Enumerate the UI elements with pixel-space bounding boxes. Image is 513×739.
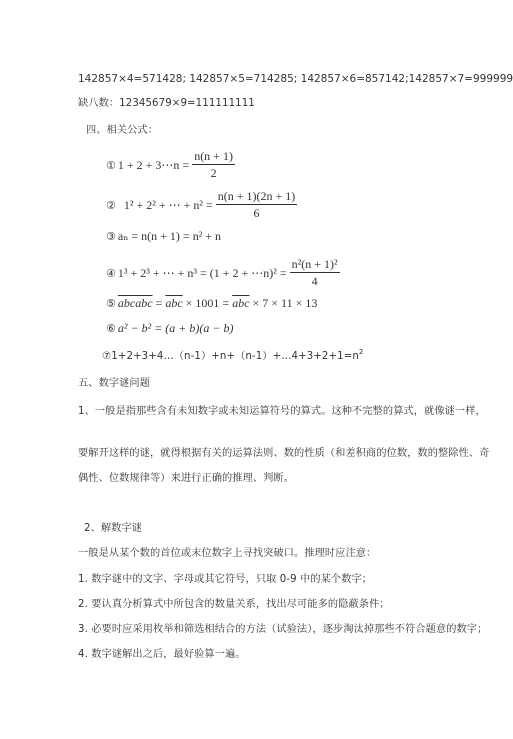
watermark: · · · · · · <box>360 514 389 535</box>
formula-lhs: 1³ + 2³ + ⋯ + n³ = (1 + 2 + ⋯n)² = <box>118 266 287 281</box>
formula-exponent: 2 <box>359 348 364 356</box>
formula-5: ⑤ abcabc = abc × 1001 = abc × 7 × 11 × 1… <box>106 296 317 311</box>
fraction-denominator: 6 <box>254 205 260 220</box>
fraction: n(n + 1)(2n + 1) 6 <box>216 190 298 220</box>
note-item: 3. 必要时应采用枚举和筛选相结合的方法（试验法），逐步淘汰掉那些不符合题意的数… <box>78 623 487 637</box>
formula-marker: ② <box>106 199 116 212</box>
section-five-heading: 五、数字谜问题 <box>78 377 150 391</box>
fraction-denominator: 2 <box>211 165 217 180</box>
formula-lhs: 1² + 2² + ⋯ + n² = <box>124 198 213 213</box>
formula-marker: ④ <box>106 267 116 280</box>
formula-text: × 7 × 11 × 13 <box>250 296 318 311</box>
fraction-numerator: n(n + 1)(2n + 1) <box>216 190 298 205</box>
note-item: 4. 数字谜解出之后，最好验算一遍。 <box>78 648 246 662</box>
paragraph-1-line-1: 1、一般是指那些含有未知数字或未知运算符号的算式。这种不完整的算式，就像谜一样， <box>78 405 486 419</box>
formula-expression: aₙ = n(n + 1) = n² + n <box>118 229 221 244</box>
formula-7: ⑦1+2+3+4…（n-1）+n+（n-1）+…4+3+2+1=n2 <box>102 350 363 364</box>
formula-expression: a² − b² = (a + b)(a − b) <box>118 321 234 336</box>
formula-marker: ③ <box>106 230 116 243</box>
sub-heading-2: 2、解数字谜 <box>84 522 142 536</box>
overlined-abcabc: abcabc <box>118 296 153 311</box>
formula-1: ① 1 + 2 + 3⋯n = n(n + 1) 2 <box>106 150 235 180</box>
formula-expression: 1+2+3+4…（n-1）+n+（n-1）+…4+3+2+1=n <box>111 351 359 362</box>
paragraph-1-line-3: 偶性、位数规律等）来进行正确的推理、判断。 <box>78 472 294 486</box>
formula-marker: ① <box>106 159 116 172</box>
formula-marker: ⑥ <box>106 322 116 335</box>
formula-text: = <box>153 296 166 311</box>
document-page: · · · · · · · · · · · · · · · · · · 1428… <box>0 0 513 739</box>
formula-text: × 1001 = <box>183 296 233 311</box>
overlined-abc: abc <box>165 296 182 311</box>
fraction-numerator: n(n + 1) <box>192 150 235 165</box>
fraction: n(n + 1) 2 <box>192 150 235 180</box>
missing-eight-line: 缺八数：12345679×9=111111111 <box>78 97 255 111</box>
note-item: 2. 要认真分析算式中所包含的数量关系，找出尽可能多的隐蔽条件； <box>78 598 390 612</box>
formula-6: ⑥ a² − b² = (a + b)(a − b) <box>106 321 233 336</box>
note-item: 1. 数字谜中的文字、字母或其它符号，只取 0-9 中的某个数字； <box>78 573 372 587</box>
formula-4: ④ 1³ + 2³ + ⋯ + n³ = (1 + 2 + ⋯n)² = n²(… <box>106 258 340 288</box>
paragraph-1-line-2: 要解开这样的谜，就得根据有关的运算法则、数的性质（和差积商的位数，数的整除性、奇 <box>78 447 490 461</box>
fraction-denominator: 4 <box>312 273 318 288</box>
fraction-numerator: n²(n + 1)² <box>290 258 340 273</box>
overlined-abc: abc <box>232 296 249 311</box>
cyclic-products-line: 142857×4=571428; 142857×5=714285; 142857… <box>78 72 513 86</box>
formula-3: ③ aₙ = n(n + 1) = n² + n <box>106 229 221 244</box>
section-four-heading: 四、相关公式： <box>86 124 158 138</box>
formula-marker: ⑤ <box>106 297 116 310</box>
formula-marker: ⑦ <box>102 351 111 362</box>
formula-lhs: 1 + 2 + 3⋯n = <box>118 158 189 173</box>
formula-2: ② 1² + 2² + ⋯ + n² = n(n + 1)(2n + 1) 6 <box>106 190 297 220</box>
paragraph-2-intro: 一般是从某个数的首位或末位数字上寻找突破口。推理时应注意： <box>78 547 376 561</box>
fraction: n²(n + 1)² 4 <box>290 258 340 288</box>
